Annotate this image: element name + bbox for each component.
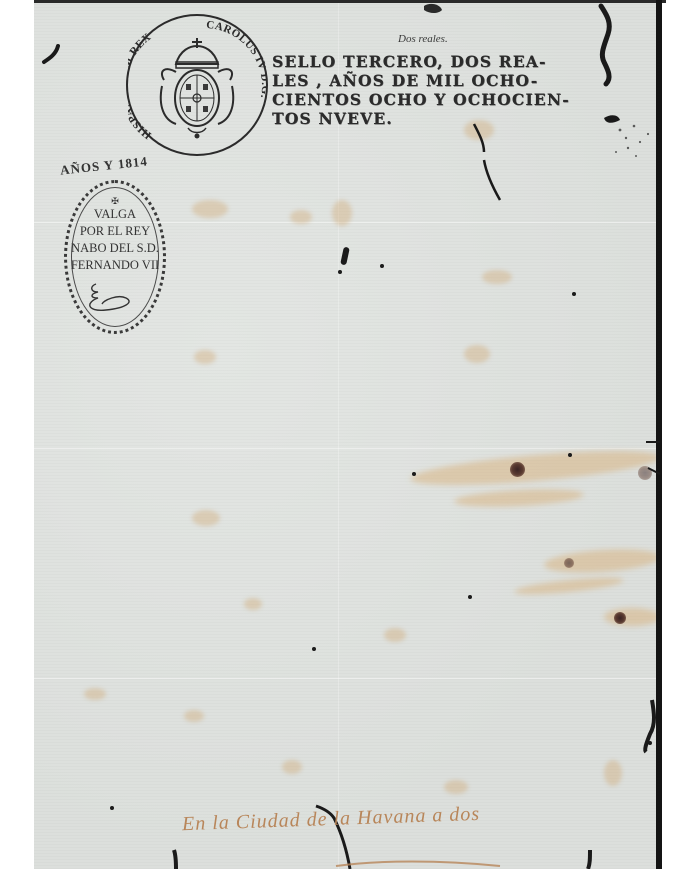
validation-line: FERNANDO VII [60, 257, 170, 274]
stamp-line: LES , AÑOS DE MIL OCHO- [272, 71, 652, 90]
stamp-value-label: Dos reales. [398, 33, 448, 45]
cross-icon: ✠ [60, 196, 170, 206]
signature-flourish-icon [82, 280, 142, 314]
validation-stamp-text: ✠ VALGA POR EL REY NABO DEL S.D. FERNAND… [60, 196, 170, 274]
validation-line: NABO DEL S.D. [60, 240, 170, 257]
stamp-line: SELLO TERCERO, DOS REA- [272, 52, 652, 71]
coat-of-arms-icon: HISPANIARUM REX CAROLUS IV D.G. [128, 16, 266, 154]
stamp-line: CIENTOS OCHO Y OCHOCIEN- [272, 90, 652, 109]
validation-line: POR EL REY [60, 223, 170, 240]
svg-text:HISPANIARUM REX: HISPANIARUM REX [128, 31, 154, 141]
stamp-header-text: SELLO TERCERO, DOS REA- LES , AÑOS DE MI… [272, 52, 652, 128]
stamp-line: TOS NVEVE. [272, 109, 652, 128]
royal-seal: HISPANIARUM REX CAROLUS IV D.G. [126, 14, 268, 156]
ink-drips [0, 0, 700, 869]
validation-line: VALGA [60, 206, 170, 223]
svg-text:CAROLUS IV D.G.: CAROLUS IV D.G. [206, 19, 266, 99]
